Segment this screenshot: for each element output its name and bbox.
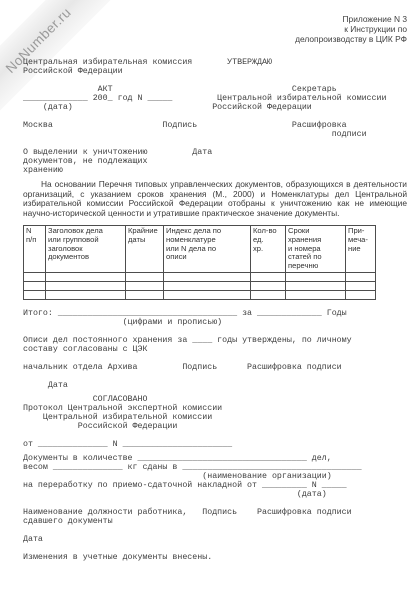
text-line: Описи дел постоянного хранения за ____ г… bbox=[23, 336, 407, 345]
col-header-quantity: Кол-во ед. хр. bbox=[251, 226, 286, 273]
text-line: к Инструкции по bbox=[23, 24, 407, 34]
handover-block: Документы в количестве _________________… bbox=[23, 454, 407, 562]
text-line: Центральной избирательной комиссии bbox=[23, 413, 407, 422]
table-cell bbox=[251, 291, 286, 300]
text-line: Центральная избирательная комиссия УТВЕР… bbox=[23, 58, 407, 67]
table-cell bbox=[46, 282, 126, 291]
form-header-block: Центральная избирательная комиссия УТВЕР… bbox=[23, 58, 407, 175]
text-line: _____________ 200_ год N _____ Центральн… bbox=[23, 94, 407, 103]
text-line: составу согласованы с ЦЭК bbox=[23, 345, 407, 354]
text-line: Российской Федерации bbox=[23, 422, 407, 431]
documents-table: N п/п Заголовок дела или групповой загол… bbox=[23, 225, 376, 300]
text-line: СОГЛАСОВАНО bbox=[23, 395, 407, 404]
text-line: Москва Подпись Расшифровка bbox=[23, 121, 407, 130]
table-cell bbox=[24, 282, 46, 291]
text-line: Итого: _________________________________… bbox=[23, 309, 407, 318]
text-line: Наименование должности работника, Подпис… bbox=[23, 508, 407, 517]
text-line bbox=[23, 76, 407, 85]
intro-paragraph: На основании Перечня типовых управленчес… bbox=[23, 180, 407, 218]
text-line: Российской Федерации bbox=[23, 67, 407, 76]
text-line: Дата bbox=[23, 535, 407, 544]
table-cell bbox=[46, 273, 126, 282]
table-cell bbox=[126, 273, 164, 282]
text-line: (наименование организации) bbox=[23, 472, 407, 481]
col-header-case-title: Заголовок дела или групповой заголовок д… bbox=[46, 226, 126, 273]
text-line bbox=[23, 499, 407, 508]
table-cell bbox=[251, 273, 286, 282]
text-line: подписи bbox=[23, 130, 407, 139]
table-cell bbox=[164, 291, 251, 300]
col-header-storage-terms: Сроки хранения и номера статей по перечн… bbox=[286, 226, 346, 273]
text-line: (дата) bbox=[23, 490, 407, 499]
table-cell bbox=[24, 273, 46, 282]
totals-block: Итого: _________________________________… bbox=[23, 309, 407, 390]
document-page: NoNumber.ru Приложение N 3к Инструкции п… bbox=[0, 0, 420, 600]
table-empty-row bbox=[24, 291, 376, 300]
table-cell bbox=[346, 291, 376, 300]
text-line: делопроизводству в ЦИК РФ bbox=[23, 34, 407, 44]
text-line bbox=[23, 544, 407, 553]
table-cell bbox=[346, 273, 376, 282]
table-cell bbox=[164, 273, 251, 282]
col-header-extreme-dates: Крайние даты bbox=[126, 226, 164, 273]
text-line bbox=[23, 139, 407, 148]
appendix-note: Приложение N 3к Инструкции поделопроизво… bbox=[23, 14, 407, 44]
text-line bbox=[23, 112, 407, 121]
text-line: хранению bbox=[23, 166, 407, 175]
table-empty-row bbox=[24, 282, 376, 291]
table-empty-row bbox=[24, 273, 376, 282]
table-cell bbox=[46, 291, 126, 300]
table-cell bbox=[286, 291, 346, 300]
table-cell bbox=[346, 282, 376, 291]
text-line: Дата bbox=[23, 381, 407, 390]
text-line: О выделении к уничтожению Дата bbox=[23, 148, 407, 157]
text-line: Изменения в учетные документы внесены. bbox=[23, 553, 407, 562]
document-content: Приложение N 3к Инструкции поделопроизво… bbox=[0, 0, 420, 562]
text-line bbox=[23, 327, 407, 336]
text-line: Протокол Центральной экспертной комиссии bbox=[23, 404, 407, 413]
text-line bbox=[23, 526, 407, 535]
text-line: Приложение N 3 bbox=[23, 14, 407, 24]
table-cell bbox=[286, 273, 346, 282]
agreed-block: СОГЛАСОВАНОПротокол Центральной экспертн… bbox=[23, 395, 407, 449]
text-line: сдавшего документы bbox=[23, 517, 407, 526]
text-line: (дата) Российской Федерации bbox=[23, 103, 407, 112]
table-cell bbox=[164, 282, 251, 291]
text-line: АКТ Секретарь bbox=[23, 85, 407, 94]
col-header-number: N п/п bbox=[24, 226, 46, 273]
text-line: от ______________ N ____________________… bbox=[23, 440, 407, 449]
table-cell bbox=[286, 282, 346, 291]
table-cell bbox=[126, 291, 164, 300]
text-line: весом ______________ кг сданы в ________… bbox=[23, 463, 407, 472]
table-cell bbox=[251, 282, 286, 291]
text-line: на переработку по приемо-сдаточной накла… bbox=[23, 481, 407, 490]
text-line: Документы в количестве _________________… bbox=[23, 454, 407, 463]
text-line bbox=[23, 354, 407, 363]
col-header-note: При- меча- ние bbox=[346, 226, 376, 273]
text-line: начальник отдела Архива Подпись Расшифро… bbox=[23, 363, 407, 372]
text-line: документов, не подлежащих bbox=[23, 157, 407, 166]
text-line bbox=[23, 431, 407, 440]
text-line bbox=[23, 372, 407, 381]
text-line: (цифрами и прописью) bbox=[23, 318, 407, 327]
col-header-case-index: Индекс дела по номенклатуре или N дела п… bbox=[164, 226, 251, 273]
table-cell bbox=[126, 282, 164, 291]
table-header-row: N п/п Заголовок дела или групповой загол… bbox=[24, 226, 376, 273]
table-cell bbox=[24, 291, 46, 300]
